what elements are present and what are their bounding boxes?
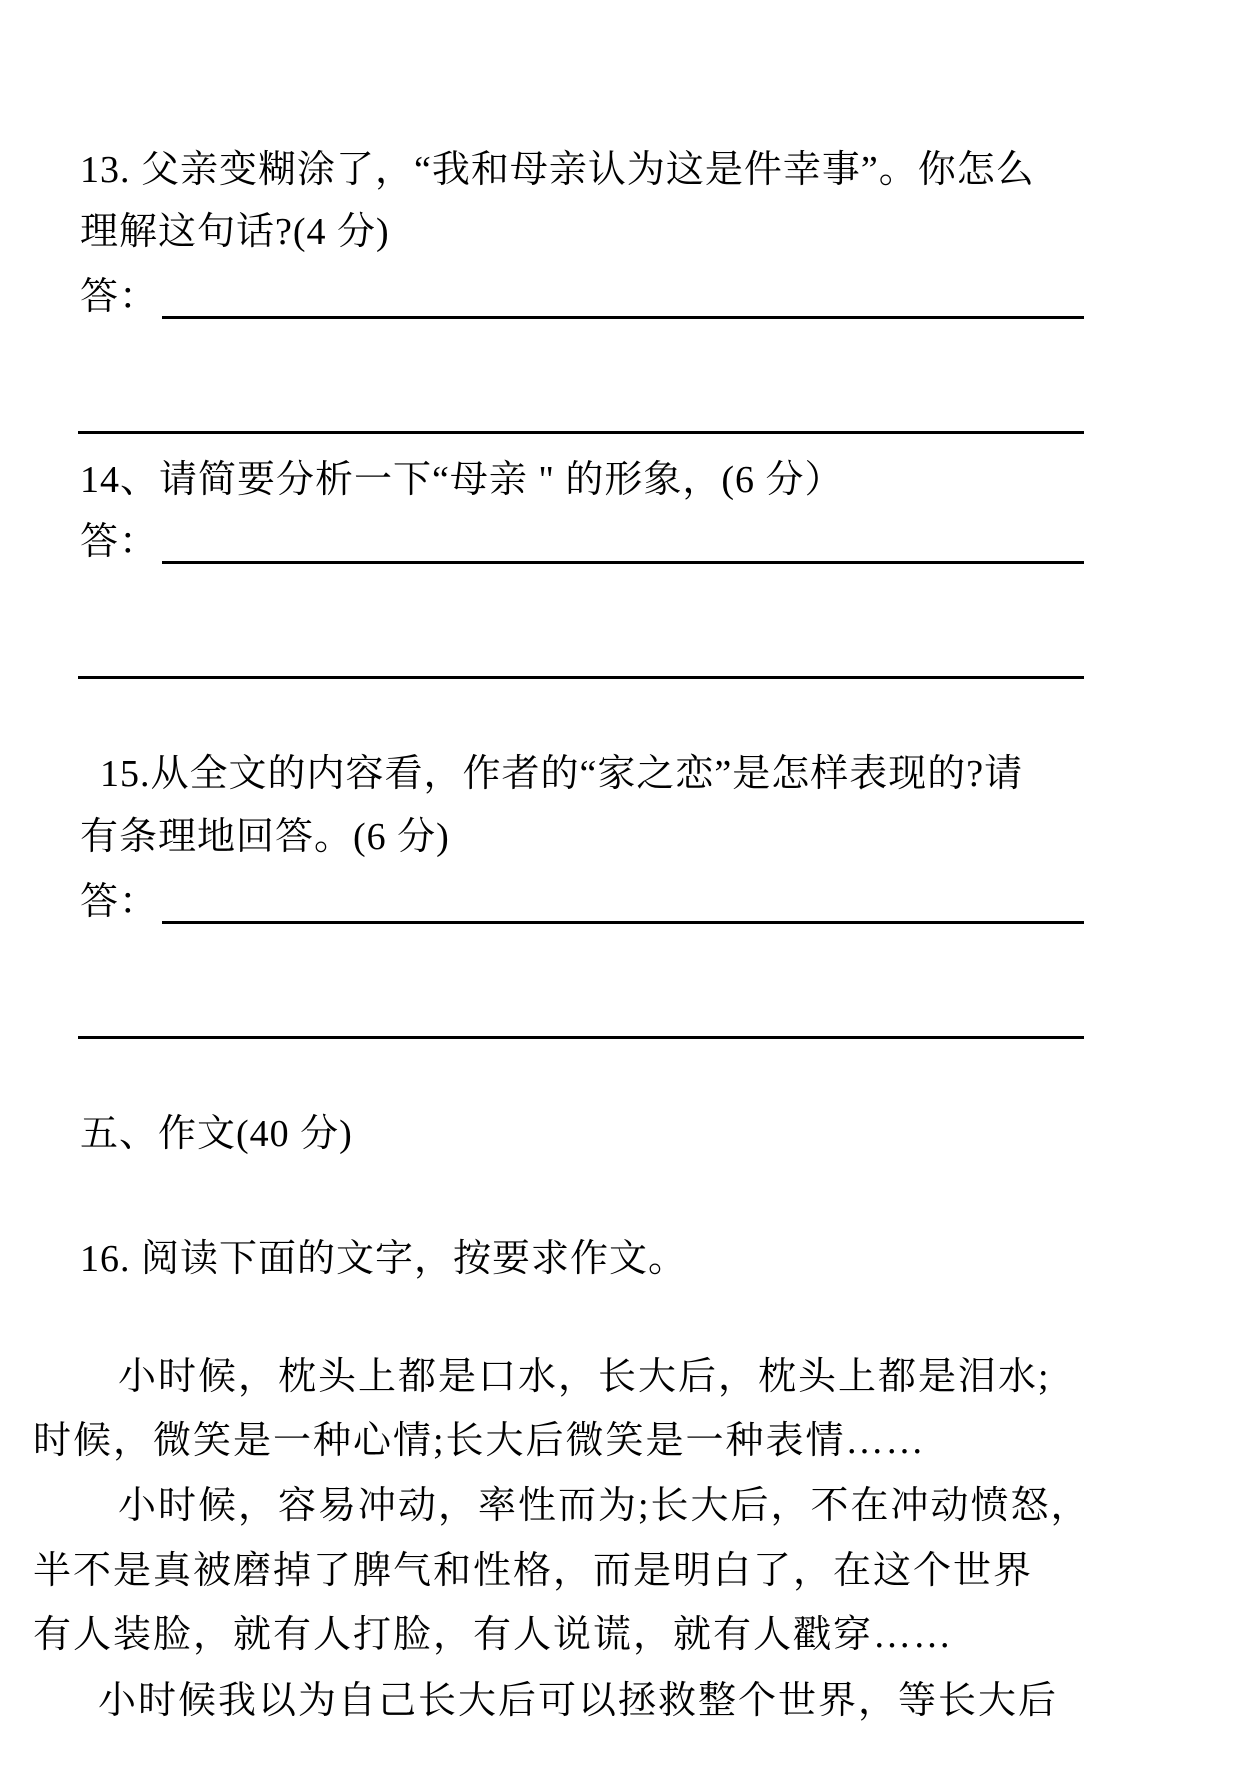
q15-answer-label: 答：	[80, 880, 158, 924]
q14-answer-line-1[interactable]	[162, 561, 1084, 564]
q13-text-line-2: 理解这句话?(4 分)	[80, 210, 390, 254]
passage-line-6: 小时候我以为自己长大后可以拯救整个世界，等长大后	[98, 1679, 1058, 1723]
q15-text-line-1: 15.从全文的内容看，作者的“家之恋”是怎样表现的?请	[100, 752, 1023, 796]
q14-text-line-1: 14、请简要分析一下“母亲 " 的形象，(6 分）	[80, 458, 844, 502]
q14-answer-label: 答：	[80, 520, 158, 564]
section-title-composition: 五、作文(40 分)	[80, 1112, 353, 1156]
q13-answer-line-2[interactable]	[78, 431, 1084, 434]
passage-line-1: 小时候，枕头上都是口水，长大后，枕头上都是泪水;	[118, 1355, 1051, 1399]
passage-line-4: 半不是真被磨掉了脾气和性格，而是明白了，在这个世界	[33, 1549, 1033, 1593]
q13-answer-line-1[interactable]	[162, 316, 1084, 319]
q15-text-line-2: 有条理地回答。(6 分)	[80, 815, 450, 859]
q15-answer-line-1[interactable]	[162, 921, 1084, 924]
q15-answer-line-2[interactable]	[78, 1036, 1084, 1039]
q13-answer-label: 答：	[80, 275, 158, 319]
q16-prompt: 16. 阅读下面的文字，按要求作文。	[80, 1237, 687, 1281]
q13-text-line-1: 13. 父亲变糊涂了，“我和母亲认为这是件幸事”。你怎么	[80, 148, 1035, 192]
q14-answer-line-2[interactable]	[78, 676, 1084, 679]
passage-line-2: 时候，微笑是一种心情;长大后微笑是一种表情……	[33, 1419, 926, 1463]
passage-line-3: 小时候，容易冲动，率性而为;长大后，不在冲动愤怒，	[118, 1484, 1091, 1528]
passage-line-5: 有人装脸，就有人打脸，有人说谎，就有人戳穿……	[33, 1613, 953, 1657]
